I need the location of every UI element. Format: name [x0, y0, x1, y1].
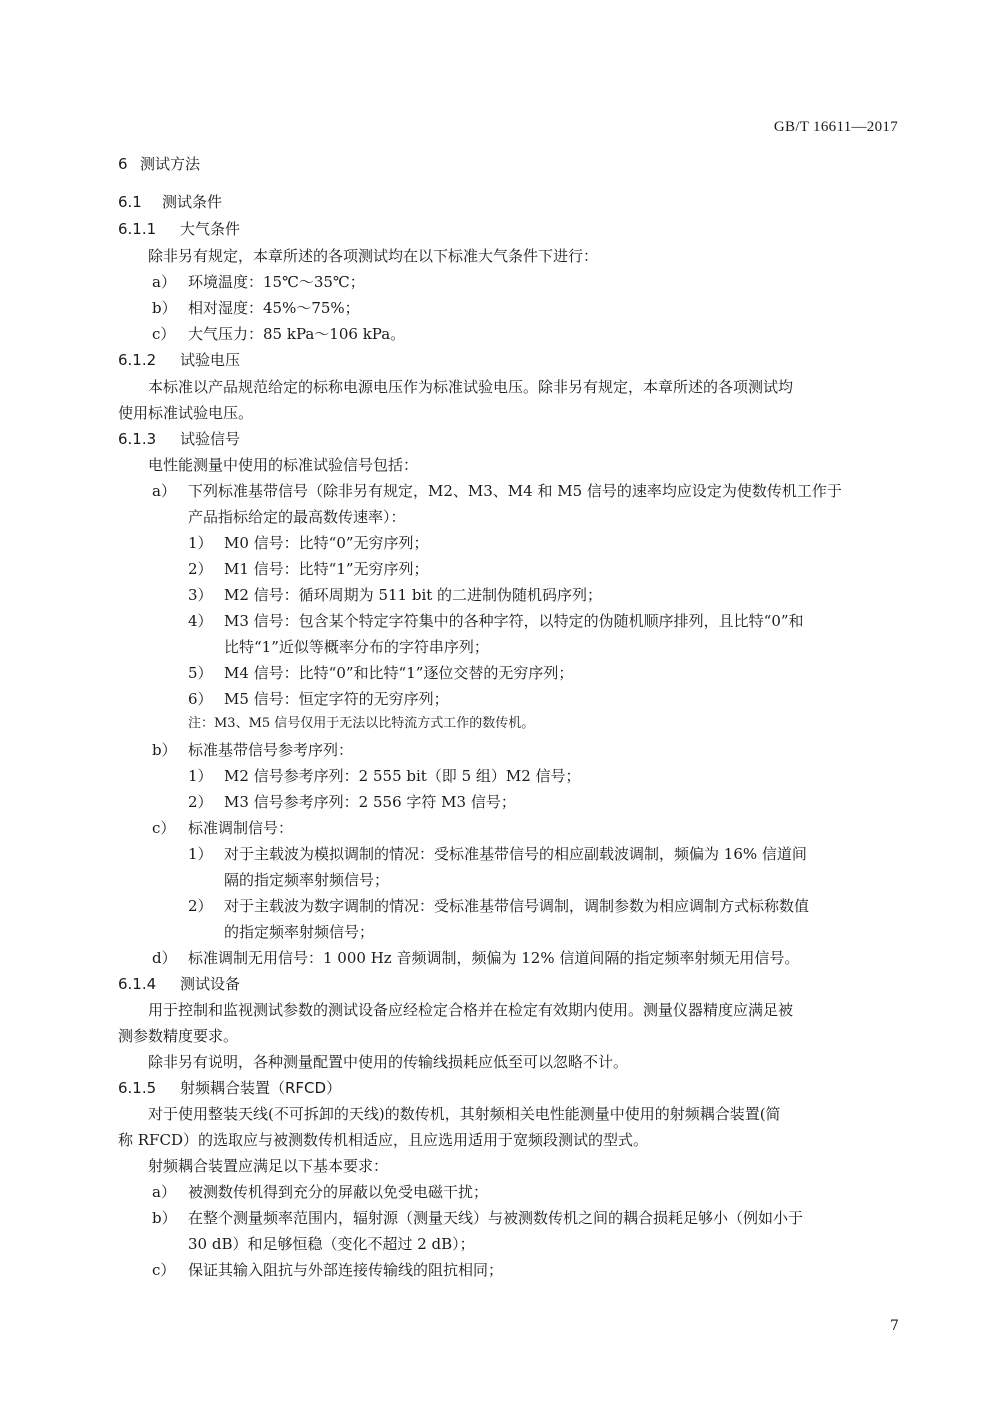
- sub-list-item: 5）M4 信号：比特“0”和比特“1”逐位交替的无穷序列；: [188, 663, 573, 683]
- paragraph: 除非另有说明，各种测量配置中使用的传输线损耗应低至可以忽略不计。: [148, 1052, 628, 1072]
- list-item: c）大气压力：85 kPa～106 kPa。: [152, 324, 405, 344]
- sub-list-item: 1）M2 信号参考序列：2 555 bit（即 5 组）M2 信号；: [188, 766, 581, 786]
- list-item: a）下列标准基带信号（除非另有规定，M2、M3、M4 和 M5 信号的速率均应设…: [152, 481, 842, 501]
- list-item: b）标准基带信号参考序列：: [152, 740, 353, 760]
- page-number: 7: [890, 1318, 899, 1334]
- list-item-continuation: 30 dB）和足够恒稳（变化不超过 2 dB）；: [188, 1234, 475, 1254]
- list-item: b）在整个测量频率范围内，辐射源（测量天线）与被测数传机之间的耦合损耗足够小（例…: [152, 1208, 803, 1228]
- section-heading-6-1-3: 6.1.3试验信号: [118, 429, 240, 449]
- section-heading-6-1: 6.1测试条件: [118, 192, 222, 212]
- note: 注：M3、M5 信号仅用于无法以比特流方式工作的数传机。: [188, 714, 534, 734]
- paragraph: 用于控制和监视测试参数的测试设备应经检定合格并在检定有效期内使用。测量仪器精度应…: [148, 1000, 793, 1020]
- list-item: a）被测数传机得到充分的屏蔽以免受电磁干扰；: [152, 1182, 488, 1202]
- sub-list-item-continuation: 隔的指定频率射频信号；: [224, 870, 389, 890]
- sub-list-item: 6）M5 信号：恒定字符的无穷序列；: [188, 689, 449, 709]
- section-heading-6-1-2: 6.1.2试验电压: [118, 350, 240, 370]
- paragraph: 对于使用整装天线(不可拆卸的天线)的数传机，其射频相关电性能测量中使用的射频耦合…: [148, 1104, 781, 1124]
- sub-list-item: 2）M1 信号：比特“1”无穷序列；: [188, 559, 429, 579]
- paragraph: 射频耦合装置应满足以下基本要求：: [148, 1156, 388, 1176]
- section-heading-6-1-1: 6.1.1大气条件: [118, 219, 240, 239]
- list-item: b）相对湿度：45%～75%；: [152, 298, 360, 318]
- list-item: a）环境温度：15℃～35℃；: [152, 272, 365, 292]
- sub-list-item-continuation: 比特“1”近似等概率分布的字符串序列；: [224, 637, 489, 657]
- paragraph: 电性能测量中使用的标准试验信号包括：: [148, 455, 418, 475]
- list-item-continuation: 产品指标给定的最高数传速率）：: [188, 507, 406, 527]
- standard-code: GB/T 16611—2017: [774, 119, 898, 136]
- sub-list-item: 2）M3 信号参考序列：2 556 字符 M3 信号；: [188, 792, 516, 812]
- list-item: c）保证其输入阻抗与外部连接传输线的阻抗相同；: [152, 1260, 503, 1280]
- paragraph: 本标准以产品规范给定的标称电源电压作为标准试验电压。除非另有规定，本章所述的各项…: [148, 377, 793, 397]
- document-page: GB/T 16611—2017 6测试方法 6.1测试条件 6.1.1大气条件 …: [0, 0, 992, 1402]
- section-heading-6: 6测试方法: [118, 154, 200, 174]
- sub-list-item: 1）对于主载波为模拟调制的情况：受标准基带信号的相应副载波调制，频偏为 16% …: [188, 844, 807, 864]
- section-heading-6-1-4: 6.1.4测试设备: [118, 974, 240, 994]
- sub-list-item: 2）对于主载波为数字调制的情况：受标准基带信号调制，调制参数为相应调制方式标称数…: [188, 896, 809, 916]
- paragraph: 除非另有规定，本章所述的各项测试均在以下标准大气条件下进行：: [148, 246, 598, 266]
- paragraph-continuation: 称 RFCD）的选取应与被测数传机相适应，且应选用适用于宽频段测试的型式。: [118, 1130, 648, 1150]
- sub-list-item: 4）M3 信号：包含某个特定字符集中的各种字符，以特定的伪随机顺序排列，且比特“…: [188, 611, 804, 631]
- list-item: c）标准调制信号：: [152, 818, 293, 838]
- sub-list-item: 1）M0 信号：比特“0”无穷序列；: [188, 533, 429, 553]
- sub-list-item-continuation: 的指定频率射频信号；: [224, 922, 374, 942]
- sub-list-item: 3）M2 信号：循环周期为 511 bit 的二进制伪随机码序列；: [188, 585, 602, 605]
- paragraph-continuation: 测参数精度要求。: [118, 1026, 238, 1046]
- paragraph-continuation: 使用标准试验电压。: [118, 403, 253, 423]
- section-heading-6-1-5: 6.1.5射频耦合装置（RFCD）: [118, 1078, 341, 1098]
- list-item: d）标准调制无用信号：1 000 Hz 音频调制，频偏为 12% 信道间隔的指定…: [152, 948, 799, 968]
